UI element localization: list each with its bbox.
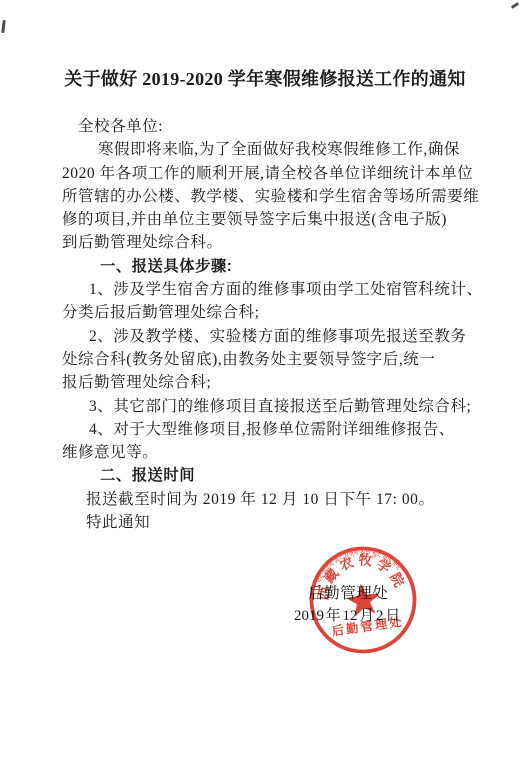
scan-artifact-top-right <box>511 2 519 9</box>
official-seal: བོད་ལྗོངས་ཞིང་ཕྱུགས་སློབ་གླིང་ལས་ཁང་ 西藏农… <box>299 536 428 665</box>
notice-title: 关于做好 2019-2020 学年寒假维修报送工作的通知 <box>0 65 530 91</box>
body-line: 2020 年各项工作的顺利开展,请全校各单位详细统计本单位 <box>62 162 458 185</box>
scanned-notice-page: 关于做好 2019-2020 学年寒假维修报送工作的通知 全校各单位:寒假即将来… <box>0 0 530 757</box>
body-line: 修的项目,并由单位主要领导签字后集中报送(含电子版) <box>62 208 458 231</box>
body-line: 分类后报后勤管理处综合科; <box>62 301 458 324</box>
body-line: 报后勤管理处综合科; <box>62 371 458 394</box>
seal-bottom-text: 后勤管理处 <box>331 614 405 639</box>
body-line: 1、涉及学生宿舍方面的维修事项由学工处宿管科统计、 <box>62 278 458 301</box>
body-line: 维修意见等。 <box>62 441 458 464</box>
body-line: 全校各单位: <box>62 115 458 138</box>
body-line: 2、涉及教学楼、实验楼方面的维修事项先报送至教务 <box>62 325 458 348</box>
body-line: 一、报送具体步骤: <box>62 255 458 278</box>
body-line: 3、其它部门的维修项目直接报送至后勤管理处综合科; <box>62 395 458 418</box>
body-line: 寒假即将来临,为了全面做好我校寒假维修工作,确保 <box>62 138 458 161</box>
body-line: 处综合科(教务处留底),由教务处主要领导签字后,统一 <box>62 348 458 371</box>
body-line: 二、报送时间 <box>62 464 458 487</box>
scan-artifact-left <box>1 20 6 33</box>
body-line: 4、对于大型维修项目,报修单位需附详细维修报告、 <box>62 418 458 441</box>
body-line: 所管辖的办公楼、教学楼、实验楼和学生宿舍等场所需要维 <box>62 185 458 208</box>
body-line: 报送截至时间为 2019 年 12 月 10 日下午 17: 00。 <box>62 488 458 511</box>
star-icon <box>344 581 381 617</box>
body-line: 特此通知 <box>62 511 458 534</box>
document-body: 全校各单位:寒假即将来临,为了全面做好我校寒假维修工作,确保2020 年各项工作… <box>62 115 458 534</box>
body-line: 到后勤管理处综合科。 <box>62 231 458 254</box>
